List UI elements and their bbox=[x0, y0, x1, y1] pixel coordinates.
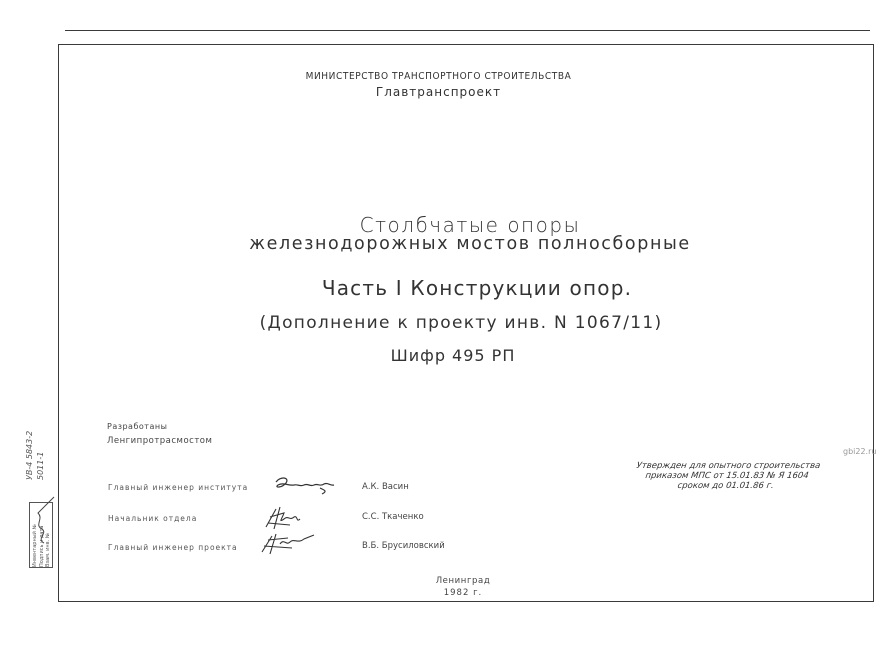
margin-code-2: 5011-1 bbox=[35, 431, 46, 480]
developers-organization: Ленгипротрасмостом bbox=[107, 436, 212, 446]
organization-name: Главтранспроект bbox=[0, 85, 877, 99]
signatory-name: В.Б. Брусиловский bbox=[362, 541, 445, 551]
document-cipher: Шифр 495 РП bbox=[0, 346, 877, 365]
approval-note: Утвержден для опытного строительства при… bbox=[620, 461, 834, 491]
signatory-role: Начальник отдела bbox=[108, 514, 197, 523]
document-supplement: (Дополнение к проекту инв. N 1067/11) bbox=[0, 313, 877, 333]
signature-2 bbox=[262, 503, 307, 533]
watermark: gbi22.ru bbox=[843, 447, 876, 456]
approval-line3: сроком до 01.01.86 г. bbox=[620, 481, 831, 491]
signatory-name: С.С. Ткаченко bbox=[362, 512, 424, 522]
approval-line2: приказом МПС от 15.01.83 № Я 1604 bbox=[621, 471, 832, 481]
stamp-signature bbox=[28, 493, 58, 553]
ministry-name: Министерство транспортного строительства bbox=[22, 71, 855, 82]
signatory-role: Главный инженер института bbox=[108, 483, 248, 492]
signatory-role: Главный инженер проекта bbox=[108, 543, 238, 552]
inventory-stamp: Инвентарный № Подпись и дата Взам. инв. … bbox=[29, 502, 53, 568]
document-part: Часть I Конструкции опор. bbox=[0, 276, 877, 300]
year: 1982 г. bbox=[0, 588, 877, 598]
city: Ленинград bbox=[0, 576, 877, 586]
developers-label: Разработаны bbox=[107, 422, 167, 431]
approval-line1: Утвержден для опытного строительства bbox=[623, 461, 834, 471]
margin-notes: УВ-4 5843-2 5011-1 bbox=[24, 431, 46, 480]
margin-code-1: УВ-4 5843-2 bbox=[24, 431, 35, 480]
signatory-name: А.К. Васин bbox=[362, 482, 409, 492]
signature-3 bbox=[258, 530, 318, 556]
signature-1 bbox=[270, 474, 340, 498]
top-rule bbox=[65, 30, 870, 31]
document-title-line2: железнодорожных мостов полносборные bbox=[0, 234, 877, 254]
